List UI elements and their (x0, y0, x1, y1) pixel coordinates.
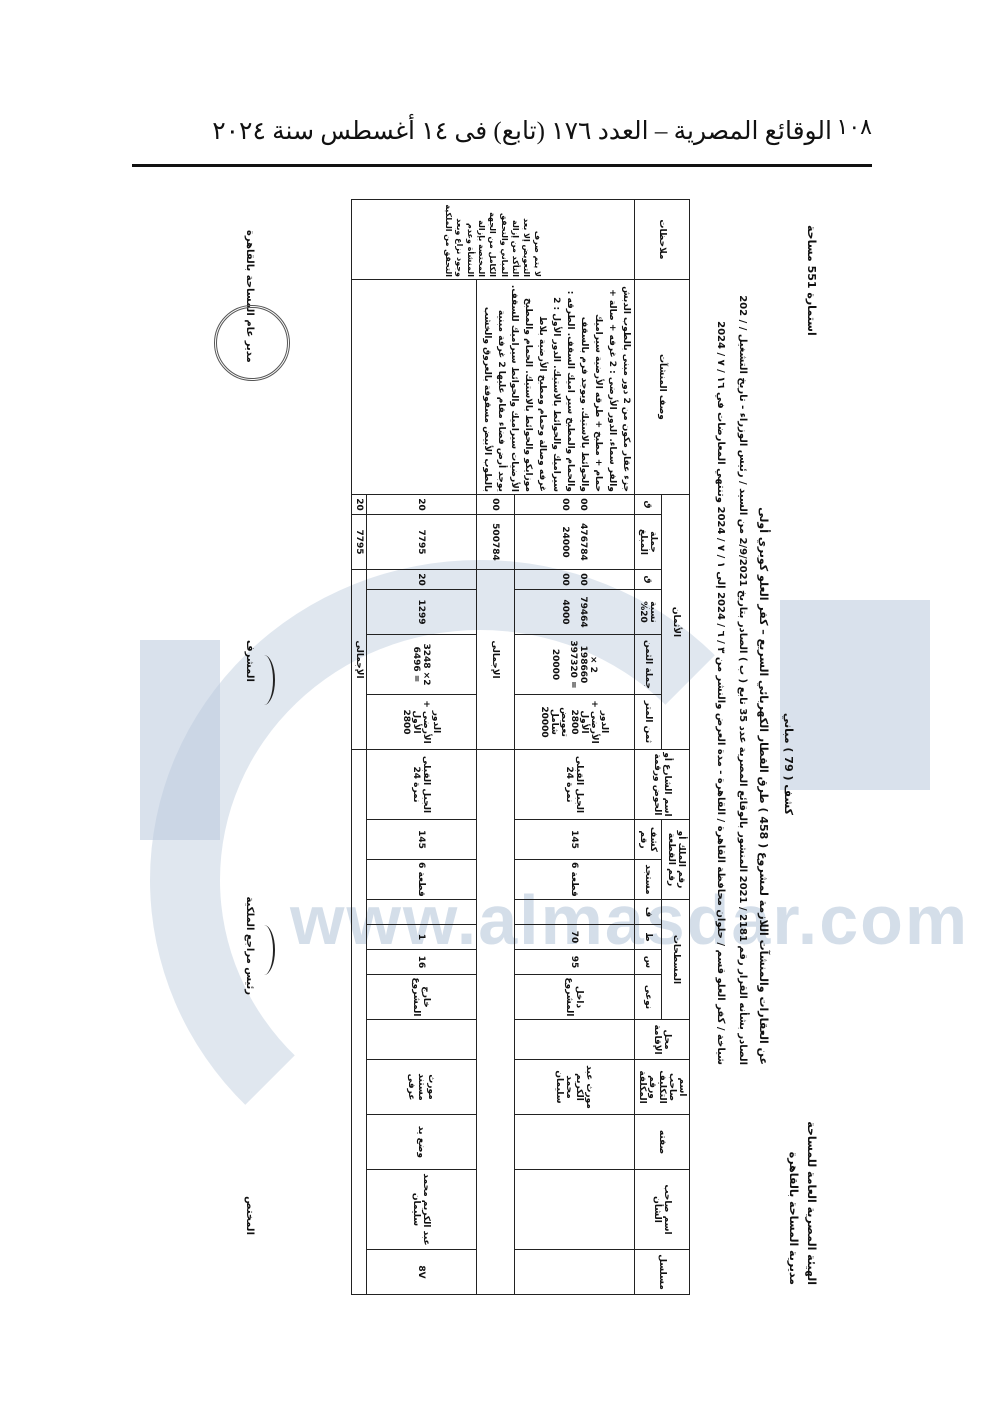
col-owner: اسم صاحب الشأن (635, 1170, 690, 1250)
page-number: ١٠٨ (837, 114, 872, 140)
col-serial: مسلسل (635, 1250, 690, 1295)
statement-title: كشف ( 79 ) مباني (782, 713, 795, 815)
directorate-name: مديرية المساحة بالقاهرة (787, 1152, 800, 1285)
col-notes: ملاحظات (635, 199, 690, 279)
col-amount-piaster: ق (635, 494, 663, 514)
col-pct20-piaster: ق (635, 569, 663, 589)
header-rule (132, 164, 872, 167)
col-relation: صفته (635, 1115, 690, 1170)
official-stamp (214, 305, 290, 381)
col-amount-pound: جملة المبلغ (635, 514, 663, 569)
signature-mark (253, 655, 275, 705)
col-qirat: ط (635, 925, 663, 950)
compensation-table: مسلسل اسم صاحب الشأن صفته اسم صاحب التكل… (351, 199, 690, 1295)
signature-inspector: المختص (244, 1196, 255, 1235)
rotated-document: الهيئة المصرية العامة للمساحة مديرية الم… (220, 215, 820, 1295)
org-name: الهيئة المصرية العامة للمساحة (805, 1121, 818, 1285)
page-title: الوقائع المصرية – العدد ١٧٦ (تابع) فى ١٤… (212, 116, 832, 146)
col-area-type: نوعى (635, 975, 663, 1020)
col-parcel-no: مستجد (635, 859, 663, 899)
page-header: ١٠٨ الوقائع المصرية – العدد ١٧٦ (تابع) ف… (130, 112, 872, 152)
col-parcel: رقم الملك أو رقم القطعة (662, 819, 690, 899)
signatures: مدير عام المساحة بالقاهرة المشرف رئيس مر… (220, 220, 275, 1295)
col-residence: محل الإقامة (635, 1020, 690, 1060)
header-line-2: الصادر بشأنه القرار رقم 2181 / 2021 المن… (737, 295, 748, 1065)
col-prices: الأثمان (662, 494, 690, 749)
header-line-1: عن العقارات والمنشآت اللازمة لمشروع ( 45… (757, 507, 770, 1065)
table-row: مورث عبد الكريم محمد سليمان داخل المشروع… (515, 199, 635, 1294)
watermark-bar (140, 640, 220, 840)
col-sahm: س (635, 950, 663, 975)
col-areas: المسطحات (662, 899, 690, 1019)
col-pct20-pound: نسبة 20% (635, 589, 663, 634)
description-cell: جزء عقار مكون من 2 دور مبنى بالطوب الدبش… (476, 279, 634, 494)
col-total-price: جملة الثمن (635, 634, 663, 694)
col-unit-price: ثمن المتر (635, 694, 663, 749)
col-feddan: ف (635, 899, 663, 924)
table-row: 8V عبد الكريم محمد سليمان وضع يد مورث مس… (366, 199, 476, 1294)
col-description: وصف المنشآت (635, 279, 690, 494)
signature-mark (253, 925, 275, 975)
col-tax-name: اسم صاحب التكليف ورقم المكلفة (635, 1060, 690, 1115)
notes-cell: لا يتم صرف التعويض إلا بعد التأكد من إزا… (351, 199, 634, 279)
col-street: اسم الشارع أو الحوض ورقمة (635, 749, 690, 819)
col-parcel-kashf: كشف رقم (635, 819, 663, 859)
form-id: استمارة 551 مساحة (805, 225, 818, 336)
header-line-3: شياخة / كفر العلو قسم / حلوان محافظة الق… (715, 321, 726, 1065)
